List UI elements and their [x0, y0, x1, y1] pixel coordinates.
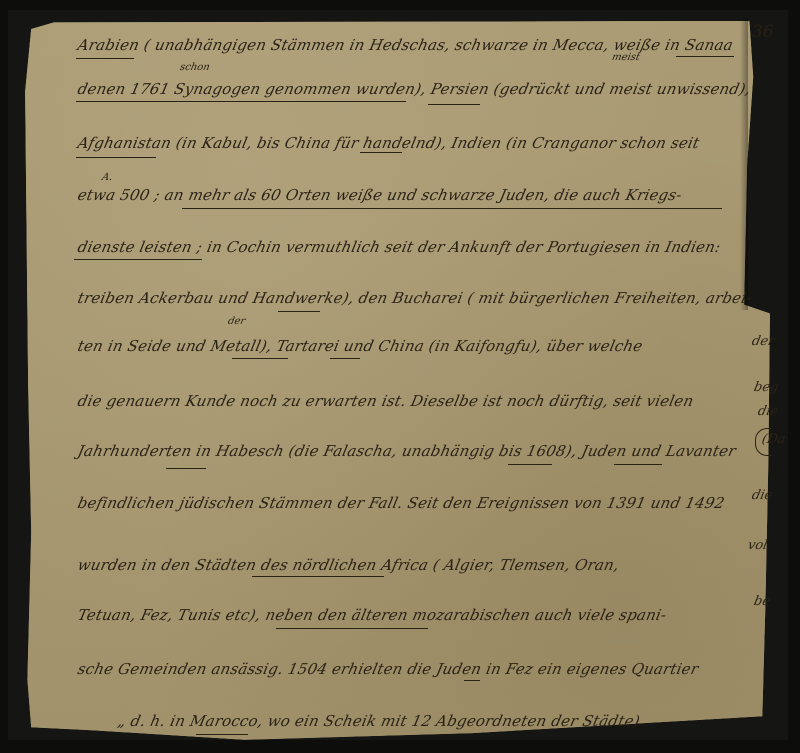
line-text: die genauern Kunde noch zu erwarten ist.…	[76, 392, 695, 410]
line-text: dienste leisten ; in Cochin vermuthlich …	[76, 238, 722, 256]
insertion-schon: schon	[179, 62, 211, 73]
line-text: denen 1761 Synagogen genommen wurden), P…	[76, 80, 752, 98]
underline-china	[330, 358, 360, 359]
underline-habesch	[166, 468, 206, 469]
page-number: 36	[752, 22, 774, 42]
line-text: etwa 500 ; an mehr als 60 Orten weiße un…	[76, 186, 684, 204]
manuscript-line-13: sche Gemeinden ansässig. 1504 erhielten …	[76, 660, 700, 678]
margin-note-2: beg	[752, 380, 780, 395]
document-viewer: 36 Arabien ( unabhängigen Stämmen in Hed…	[0, 0, 800, 753]
margin-note-6: vol	[746, 538, 769, 553]
manuscript-line-6: treiben Ackerbau und Handwerke), den Buc…	[76, 289, 754, 307]
underline-orten	[182, 208, 722, 209]
line-text: „ d. h. in Marocco, wo ein Scheik mit 12…	[116, 712, 642, 730]
underline-synagogen	[76, 101, 406, 102]
manuscript-page	[16, 18, 776, 753]
underline-persien	[428, 104, 480, 105]
margin-note-7: be	[752, 594, 771, 609]
manuscript-line-7: ten in Seide und Metall), Tartarei und C…	[76, 337, 644, 355]
margin-note-5: die	[750, 488, 773, 503]
line-text: wurden in den Städten des nördlichen Afr…	[76, 556, 621, 574]
manuscript-line-9: Jahrhunderten in Habesch (die Falascha, …	[76, 442, 738, 460]
underline-arabien	[76, 58, 134, 59]
line-text: sche Gemeinden ansässig. 1504 erhielten …	[76, 660, 700, 678]
manuscript-line-5: dienste leisten ; in Cochin vermuthlich …	[76, 238, 722, 256]
line-text: befindlichen jüdischen Stämmen der Fall.…	[76, 494, 726, 512]
manuscript-line-2: denen 1761 Synagogen genommen wurden), P…	[76, 80, 752, 98]
manuscript-line-3: Afghanistan (in Kabul, bis China für han…	[76, 134, 701, 152]
line-text: Jahrhunderten in Habesch (die Falascha, …	[76, 442, 738, 460]
underline-juden	[508, 464, 552, 465]
manuscript-line-8: die genauern Kunde noch zu erwarten ist.…	[76, 392, 695, 410]
manuscript-line-10: befindlichen jüdischen Stämmen der Fall.…	[76, 494, 726, 512]
underline-fez	[464, 680, 480, 681]
manuscript-line-4: etwa 500 ; an mehr als 60 Orten weiße un…	[76, 186, 684, 204]
manuscript-line-14: „ d. h. in Marocco, wo ein Scheik mit 12…	[116, 712, 642, 730]
underline-bucharei	[278, 311, 320, 312]
underline-mozarabischen	[276, 628, 428, 629]
underline-afghanistan	[76, 157, 156, 158]
manuscript-line-12: Tetuan, Fez, Tunis etc), neben den älter…	[76, 606, 668, 624]
underline-marocco	[196, 734, 248, 735]
underline-dienste-leisten	[74, 259, 202, 260]
underline-africa	[252, 576, 384, 577]
insertion-der: der	[227, 316, 246, 327]
margin-note-1: der	[750, 334, 775, 349]
line-text: Afghanistan (in Kabul, bis China für han…	[76, 134, 701, 152]
underline-tartarei	[232, 358, 288, 359]
underline-lavanter	[614, 464, 662, 465]
insertion-meist: meist	[611, 52, 641, 63]
underline-sanaa	[676, 56, 734, 57]
margin-note-3: die	[756, 404, 779, 419]
manuscript-line-11: wurden in den Städten des nördlichen Afr…	[76, 556, 621, 574]
line-text: Tetuan, Fez, Tunis etc), neben den älter…	[76, 606, 668, 624]
line-text: treiben Ackerbau und Handwerke), den Buc…	[76, 289, 754, 307]
torn-edge-shadow	[740, 18, 748, 310]
line-text: ten in Seide und Metall), Tartarei und C…	[76, 337, 644, 355]
underline-indien	[360, 152, 402, 153]
margin-note-4: (Da	[760, 432, 786, 447]
